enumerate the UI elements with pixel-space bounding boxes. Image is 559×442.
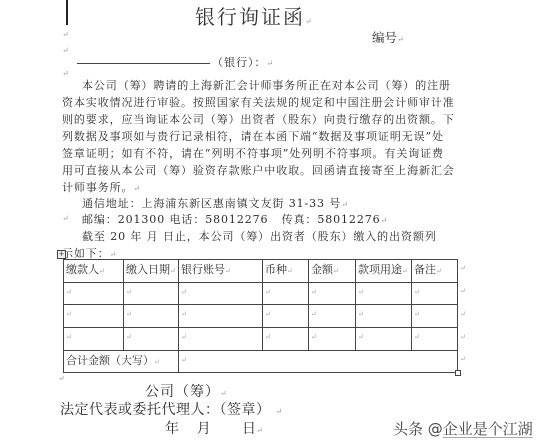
row-end-mark: ↵ [460, 333, 466, 341]
table-move-handle[interactable]: + [57, 250, 66, 259]
contact-line: 邮编：201300 电话：58012276 传真：58012276↵ [82, 211, 388, 229]
signature-company: 公司（筹）↵ [145, 381, 228, 401]
table-cell[interactable]: ↵ [64, 328, 124, 351]
text-cursor [66, 0, 68, 25]
phone: 58012276 [205, 213, 268, 226]
body-line-6: 用可直接从本公司（筹）验资存款账户中收取。回函请直接寄至上海新汇会 [62, 162, 455, 179]
table-total-row: 合计金额（大写）↵ ↵ [64, 351, 458, 373]
table-cell[interactable]: ↵ [124, 305, 179, 328]
header-purpose: 款项用途↵ [356, 260, 412, 283]
table-cell[interactable]: ↵ [64, 283, 124, 305]
table-resize-handle[interactable] [455, 370, 461, 376]
table-cell[interactable]: ↵ [263, 283, 309, 305]
table-cell[interactable]: ↵ [412, 305, 458, 328]
paragraph-mark: ↵ [62, 30, 69, 39]
postcode: 201300 [118, 213, 165, 226]
header-amount: 金额↵ [309, 260, 356, 283]
as-of-line: 截至 20 年 月 日止，本公司（筹）出资者（股东）缴入的出资额列 [82, 228, 437, 245]
paragraph-mark: ↵ [62, 214, 69, 223]
fax: 58012276 [317, 213, 380, 226]
signature-representative: 法定代表或委托代理人：（签章） ↵ [60, 399, 283, 419]
body-line-5: 签章证明；如有不符，请在“列明不符事项”处列明不符事项。有关询证费 [62, 145, 444, 162]
paragraph-mark: ↵ [62, 69, 69, 78]
addressee-suffix: （银行）：↵ [212, 54, 274, 70]
reference-number-label: 编号↵ [372, 28, 404, 46]
source-watermark: 头条 @企业是个江湖 [393, 418, 533, 439]
table-cell[interactable]: ↵ [124, 283, 179, 305]
table-cell[interactable]: ↵ [309, 305, 356, 328]
row-end-mark: ↵ [460, 310, 466, 318]
table-cell[interactable]: ↵ [412, 283, 458, 305]
table-cell[interactable]: ↵ [412, 328, 458, 351]
body-line-1: 本公司（筹）聘请的上海新汇会计师事务所正在对本公司（筹）的注册 [82, 77, 451, 94]
body-line-2: 资本实收情况进行审验。按照国家有关法规的规定和中国注册会计师审计准 [62, 94, 455, 111]
header-date: 缴入日期↵ [124, 260, 179, 283]
table-cell[interactable]: ↵ [179, 328, 263, 351]
body-line-4: 列数据及事项如与贵行记录相符，请在本函下端“数据及事项证明无误”处 [62, 128, 444, 145]
table-cell[interactable]: ↵ [309, 283, 356, 305]
table-header-row: 缴款人↵ 缴入日期↵ 银行账号↵ 币种↵ 金额↵ 款项用途↵ 备注↵ [64, 260, 458, 283]
header-remarks: 备注↵ [412, 260, 458, 283]
table-row: ↵ ↵ ↵ ↵ ↵ ↵ ↵ [64, 328, 458, 351]
table-cell[interactable]: ↵ [263, 328, 309, 351]
table-cell[interactable]: ↵ [356, 328, 412, 351]
table-row: ↵ ↵ ↵ ↵ ↵ ↵ ↵ [64, 283, 458, 305]
paragraph-mark: ↵ [58, 374, 65, 383]
table-cell[interactable]: ↵ [64, 305, 124, 328]
bank-name-blank[interactable] [77, 63, 210, 64]
table-cell[interactable]: ↵ [356, 283, 412, 305]
total-value-cell[interactable]: ↵ [179, 351, 458, 373]
table-cell[interactable]: ↵ [263, 305, 309, 328]
signature-date: 年 月 日↵ [165, 418, 263, 438]
table-row: ↵ ↵ ↵ ↵ ↵ ↵ ↵ [64, 305, 458, 328]
row-end-mark: ↵ [460, 287, 466, 295]
header-payer: 缴款人↵ [64, 260, 124, 283]
header-currency: 币种↵ [263, 260, 309, 283]
header-account: 银行账号↵ [179, 260, 263, 283]
contribution-table: 缴款人↵ 缴入日期↵ 银行账号↵ 币种↵ 金额↵ 款项用途↵ 备注↵ ↵ ↵ ↵… [63, 259, 458, 373]
row-end-mark: ↵ [460, 355, 466, 363]
document-title: 银行询证函↵ [195, 1, 314, 30]
row-end-mark: ↵ [460, 264, 466, 272]
paragraph-mark: ↵ [62, 46, 69, 55]
table-cell[interactable]: ↵ [356, 305, 412, 328]
table-cell[interactable]: ↵ [309, 328, 356, 351]
table-cell[interactable]: ↵ [179, 283, 263, 305]
table-cell[interactable]: ↵ [179, 305, 263, 328]
body-line-3: 则的要求，应当询证本公司（筹）出资者（股东）向贵行缴存的出资额。下 [62, 111, 455, 128]
total-label-cell: 合计金额（大写）↵ [64, 351, 179, 373]
table-cell[interactable]: ↵ [124, 328, 179, 351]
